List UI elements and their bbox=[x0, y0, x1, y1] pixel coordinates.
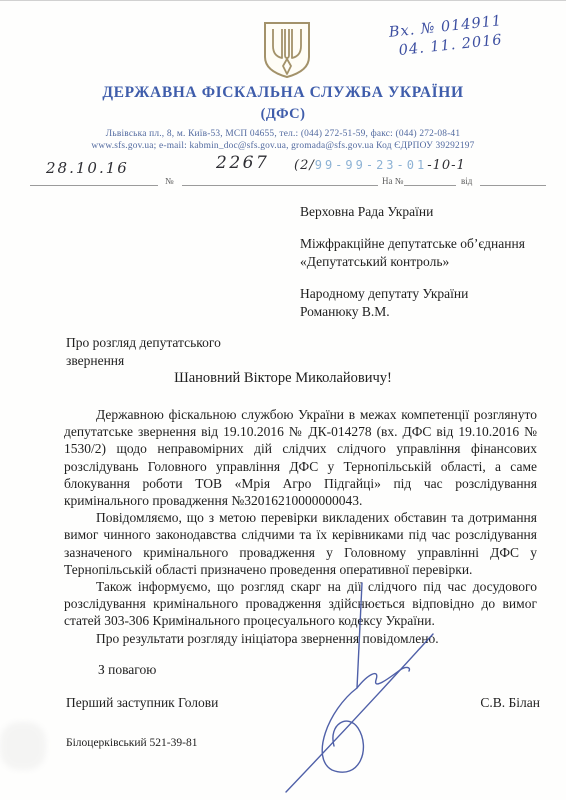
body-paragraph-3: Також інформуємо, що розгляд скарг на ді… bbox=[64, 578, 537, 630]
scanned-letter-page: Вх. № 014911 04. 11. 2016 ДЕРЖАВНА ФІСКА… bbox=[0, 0, 566, 800]
deputy-title: Народному депутату України bbox=[300, 285, 550, 304]
reply-date-label: від bbox=[461, 176, 472, 186]
scan-edge-artifact bbox=[0, 0, 566, 1]
reply-to-number-label: На № bbox=[382, 176, 403, 186]
handwritten-outgoing-number: 2267 bbox=[216, 153, 269, 173]
organization-contacts: www.sfs.gov.ua; e-mail: kabmin_doc@sfs.g… bbox=[0, 141, 566, 151]
stamped-index-digits: 99-99-23-01 bbox=[315, 158, 427, 172]
signature-row: Перший заступник Голови С.В. Білан bbox=[66, 695, 540, 711]
organization-address: Львівська пл., 8, м. Київ-53, МСП 04655,… bbox=[0, 129, 566, 139]
organization-title: ДЕРЖАВНА ФІСКАЛЬНА СЛУЖБА УКРАЇНИ bbox=[0, 84, 566, 102]
association-title: «Депутатський контроль» bbox=[300, 253, 550, 272]
handwritten-outgoing-date: 28.10.16 bbox=[46, 159, 129, 177]
deputy-name: Романюку В.М. bbox=[300, 303, 550, 322]
ukraine-coat-of-arms-icon bbox=[261, 21, 313, 79]
recipient-person: Народному депутату України Романюку В.М. bbox=[300, 285, 550, 322]
scan-smudge-artifact bbox=[0, 722, 46, 770]
body-paragraph-2: Повідомляємо, що з метою перевірки викла… bbox=[64, 509, 537, 578]
body-paragraph-1: Державною фіскальною службою України в м… bbox=[64, 406, 537, 509]
recipient-institution: Верховна Рада України bbox=[300, 203, 550, 222]
association-name: Міжфракційне депутатське об’єднання bbox=[300, 235, 550, 254]
handwritten-index-number: (2/99-99-23-01-10-1 bbox=[294, 158, 466, 173]
recipient-block: Верховна Рада України Міжфракційне депут… bbox=[300, 203, 550, 335]
index-prefix: (2/ bbox=[294, 158, 315, 173]
letter-subject: Про розгляд депутатського звернення bbox=[66, 334, 261, 370]
number-label: № bbox=[165, 176, 174, 186]
letter-body: Державною фіскальною службою України в м… bbox=[64, 406, 537, 647]
recipient-association: Міжфракційне депутатське об’єднання «Деп… bbox=[300, 235, 550, 272]
incoming-registration-note: Вх. № 014911 04. 11. 2016 bbox=[388, 6, 561, 62]
organization-abbreviation: (ДФС) bbox=[0, 106, 566, 123]
closing-phrase: З повагою bbox=[98, 662, 156, 678]
salutation: Шановний Вікторе Миколайовичу! bbox=[0, 370, 566, 387]
reply-date-underline bbox=[480, 169, 546, 186]
signer-position: Перший заступник Голови bbox=[66, 695, 218, 711]
index-suffix: -10-1 bbox=[427, 158, 466, 173]
signer-name: С.В. Білан bbox=[480, 695, 540, 711]
body-paragraph-4: Про результати розгляду ініціатора зверн… bbox=[64, 630, 537, 647]
executor-contact: Білоцерківський 521-39-81 bbox=[66, 737, 197, 749]
